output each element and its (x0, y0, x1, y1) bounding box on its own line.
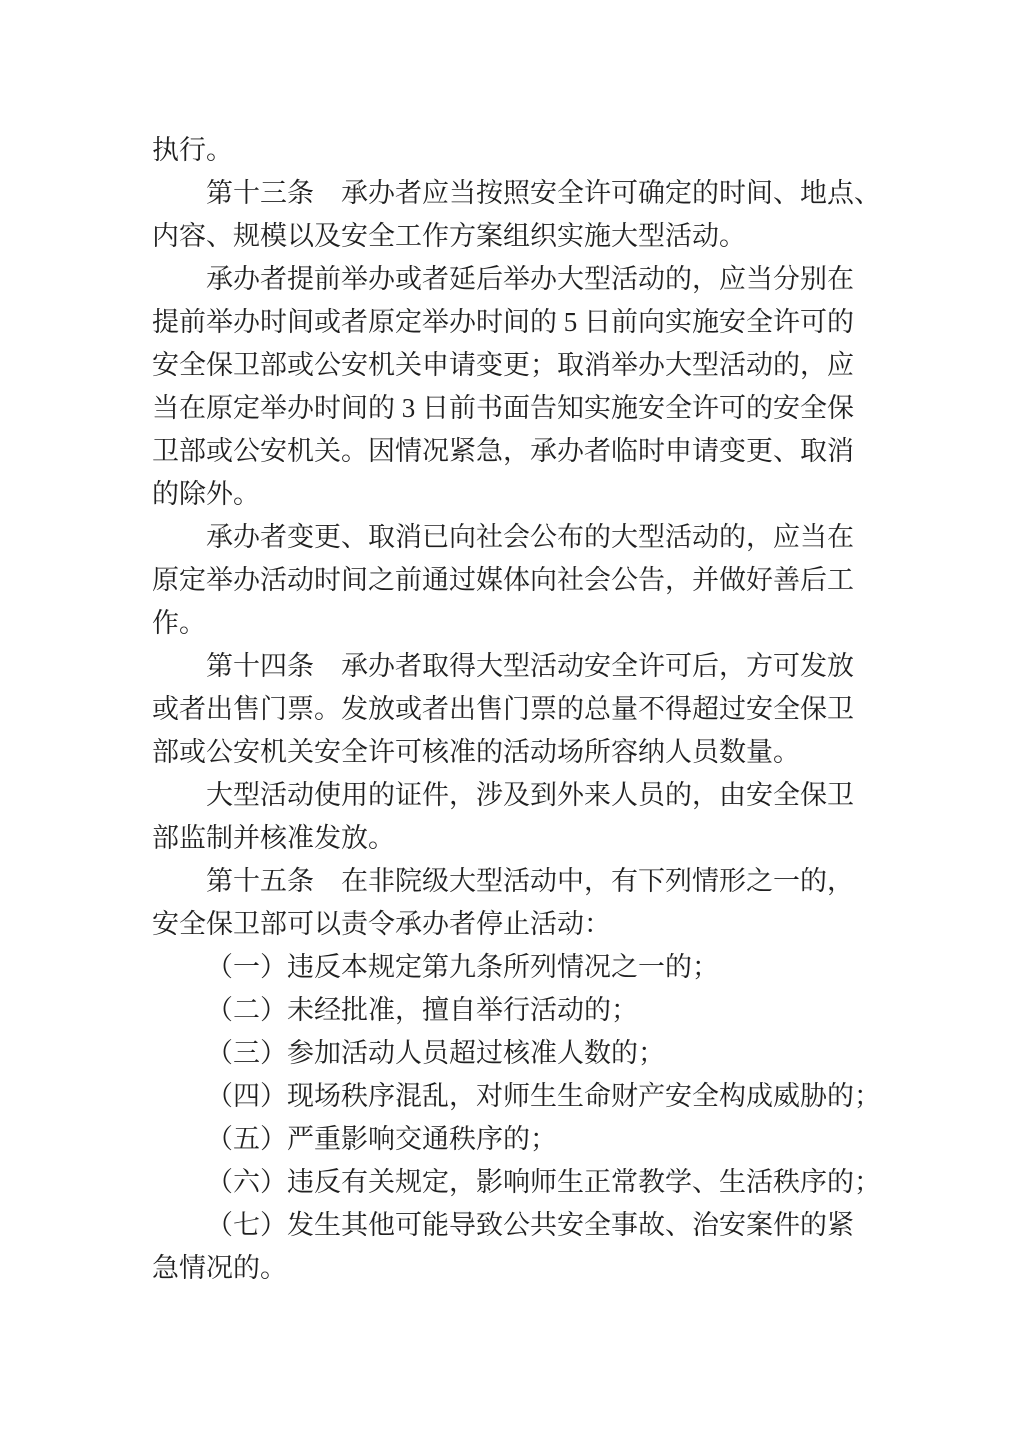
paragraph-article-13-para-2: 承办者提前举办或者延后举办大型活动的，应当分别在 提前举办时间或者原定举办时间的… (152, 258, 892, 516)
document-page: 执行。 第十三条 承办者应当按照安全许可确定的时间、地点、 内容、规模以及安全工… (0, 0, 1024, 1448)
list-item-6: （六）违反有关规定，影响师生正常教学、生活秩序的； (152, 1161, 892, 1204)
paragraph-article-13: 第十三条 承办者应当按照安全许可确定的时间、地点、 内容、规模以及安全工作方案组… (152, 172, 892, 258)
list-item-5: （五）严重影响交通秩序的； (152, 1118, 892, 1161)
list-item-7: （七）发生其他可能导致公共安全事故、治安案件的紧 急情况的。 (152, 1204, 892, 1290)
paragraph-article-14: 第十四条 承办者取得大型活动安全许可后，方可发放 或者出售门票。发放或者出售门票… (152, 645, 892, 774)
list-item-4: （四）现场秩序混乱，对师生生命财产安全构成威胁的； (152, 1075, 892, 1118)
list-item-2: （二）未经批准，擅自举行活动的； (152, 989, 892, 1032)
paragraph-article-15: 第十五条 在非院级大型活动中，有下列情形之一的， 安全保卫部可以责令承办者停止活… (152, 860, 892, 946)
list-item-1: （一）违反本规定第九条所列情况之一的； (152, 946, 892, 989)
list-item-3: （三）参加活动人员超过核准人数的； (152, 1032, 892, 1075)
paragraph-article-13-para-3: 承办者变更、取消已向社会公布的大型活动的，应当在 原定举办活动时间之前通过媒体向… (152, 516, 892, 645)
paragraph-continuation: 执行。 (152, 129, 892, 172)
paragraph-article-14-para-2: 大型活动使用的证件，涉及到外来人员的，由安全保卫 部监制并核准发放。 (152, 774, 892, 860)
